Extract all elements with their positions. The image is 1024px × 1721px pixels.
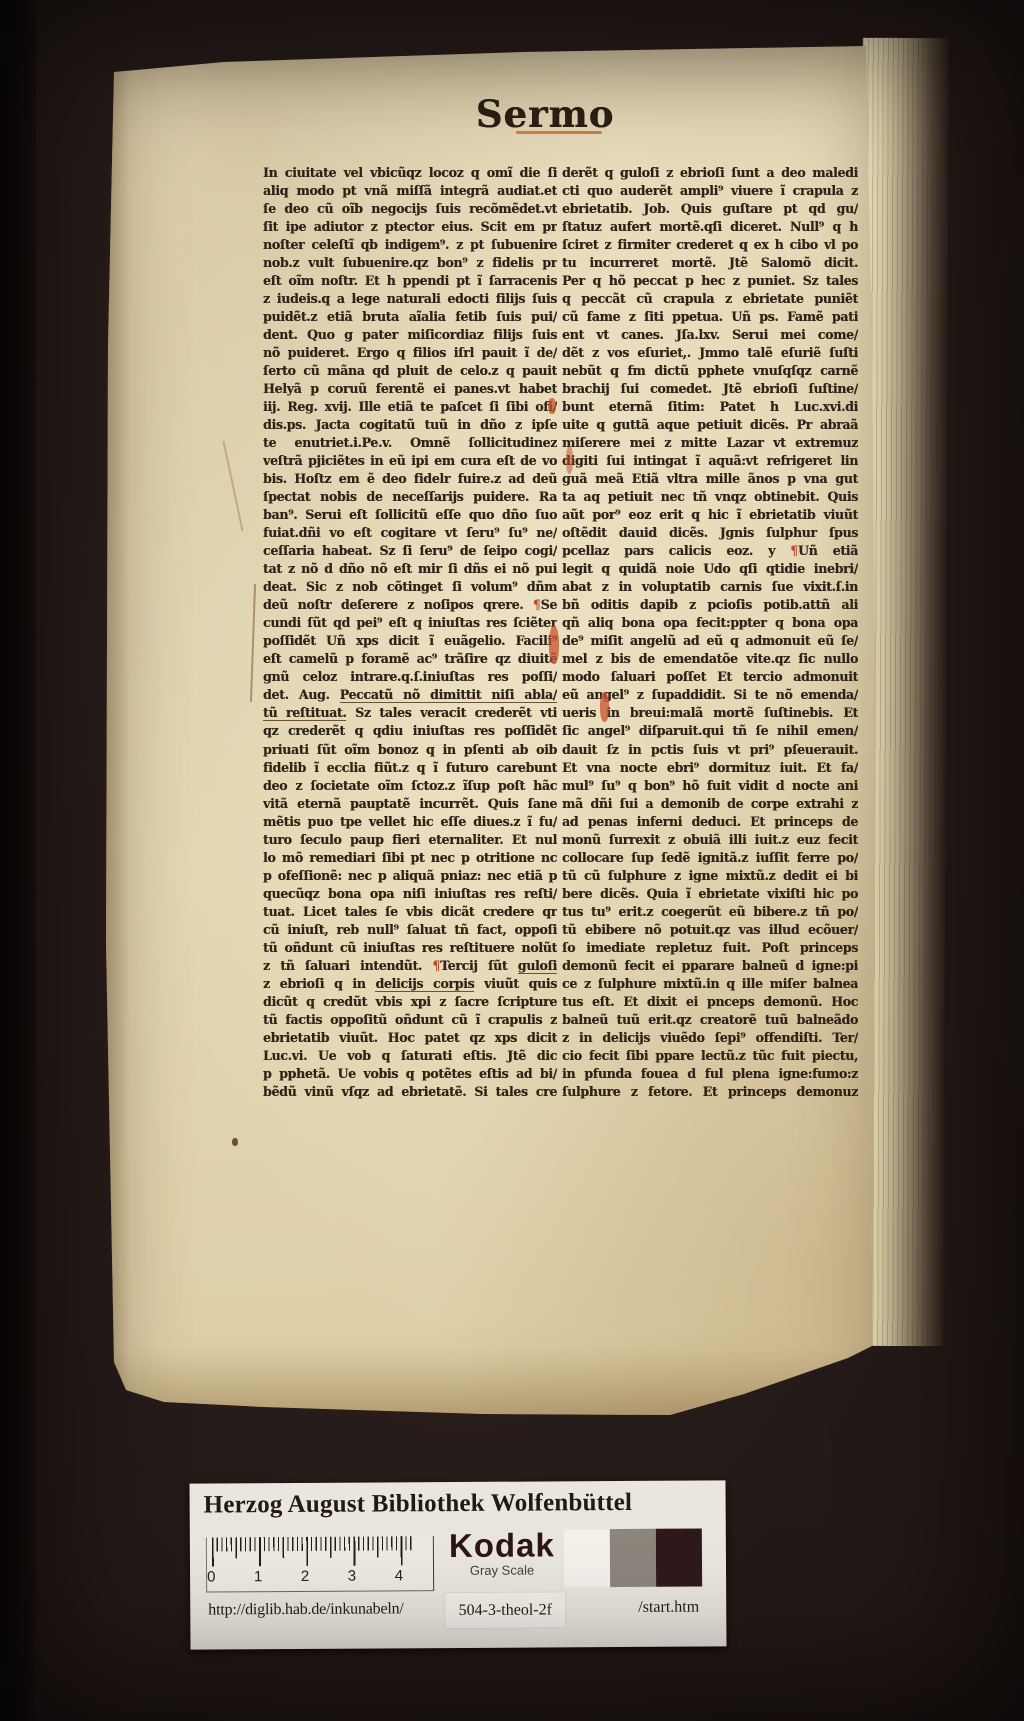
text-line: deat. Sic z nob cõtinget ſi volum⁹ dñm — [263, 578, 557, 596]
text-column-right: derẽt q guloſi z ebrioſi ſunt a deo male… — [562, 164, 858, 1101]
text-line: guã meã Etiã vltra mille ãnos p vna gut — [562, 470, 858, 488]
text-line: ſerto cũ mãna qd pluit de celo.z q pauit — [263, 362, 557, 380]
gray-scale-patch-mid-gray — [610, 1529, 656, 1587]
text-line: cũ iniuſt, reb null⁹ ſaluat tñ fact, opp… — [263, 921, 557, 939]
text-line: Per q hõ peccat p hec z puniet. Sz tales — [562, 272, 858, 290]
library-name: Herzog August Bibliothek Wolfenbüttel — [204, 1488, 716, 1519]
text-line: nebũt q fm dictũ pphete vnuſqſqz carnẽ — [562, 362, 858, 380]
text-line: ſe deo cũ oĩb negocijs ſuis recõmẽdet.vt — [263, 200, 557, 218]
ink-spot — [232, 1138, 238, 1146]
text-column-left: In ciuitate vel vbicũqz locoz q omĩ die … — [263, 164, 557, 1101]
text-line: tũ ebibere nõ potuit.qz vas illud ecõuer… — [562, 921, 858, 939]
text-line: ſulphure z fetore. Et princeps demonuz — [562, 1083, 858, 1101]
ruler-number: 3 — [348, 1568, 356, 1585]
text-line: eſt oĩm noſtr. Et h ppendi pt ĩ ſarracen… — [263, 272, 557, 290]
text-line: ceſſaria habeat. Sz ſi ſeru⁹ de ſeipo co… — [263, 542, 557, 560]
text-line: noſter celeſtĩ qb indigem⁹. z pt ſubueni… — [263, 236, 557, 254]
text-line: dauit ſz in pctis ſuis vt pri⁹ pſeueraui… — [562, 741, 858, 759]
ruler-number: 0 — [207, 1568, 215, 1585]
scan-left-border — [0, 0, 36, 1721]
text-line: dent. Quo g pater miſicordiaz filijs ſui… — [263, 326, 557, 344]
text-line: collocare ſup ſedẽ ignitã.z iuſſit ferre… — [562, 849, 858, 867]
text-line: tu incurreret mortẽ. Jtẽ Salomõ dicit. — [562, 254, 858, 272]
text-line: turo ſeculo paup fieri eternaliter. Et n… — [263, 831, 557, 849]
book-page: Sermo In ciuitate vel vbicũqz locoz q om… — [104, 44, 876, 1416]
text-line: z tñ ſaluari intendũt. ¶Tercij ſũt guloſ… — [263, 957, 557, 975]
shelfmark: 504-3-theol-2f — [459, 1601, 552, 1620]
text-line: ſtatuz aufert mortẽ.qſi diceret. Null⁹ q… — [562, 218, 858, 236]
text-line: oſtẽdit dauid dicẽs. Jgnis ſulphur ſpus — [562, 524, 858, 542]
ruler-number: 2 — [301, 1568, 309, 1585]
text-line: ſit ipe adiutor z ptector eius. Scit em … — [263, 218, 557, 236]
gray-scale-patch-black — [656, 1529, 702, 1587]
running-title-red-underline — [516, 131, 602, 134]
text-line: p ofeſſionẽ: nec p aliquã pniaz: nec eti… — [263, 867, 557, 885]
text-line: aliq modo pt vnã miſſã integrã audiat.et — [263, 182, 557, 200]
text-line: abat z in voluptatib carnis ſue vixit.ſ.… — [562, 578, 858, 596]
text-line: miſerere mei z mitte Lazar vt extremuz — [562, 434, 858, 452]
text-line: cio fecit ſibi ppare lectũ.z tũc fuit pi… — [562, 1047, 858, 1065]
text-line: dicũt q credũt vbis xpi z ſacre ſcriptur… — [263, 993, 557, 1011]
text-line: cũ fame z ſiti ppetua. Uñ ps. Famẽ pati — [562, 308, 858, 326]
page-bottom-shading — [104, 1346, 876, 1416]
text-line: legit q quidã noie Udo qſi qtidie inebri… — [562, 560, 858, 578]
text-line: dẽt z vos eſuriet,. Jmmo talẽ eſuriẽ ſuſ… — [562, 344, 858, 362]
text-line: mẽtis puo tpe vellet hic eſſe diues.z ĩ … — [263, 813, 557, 831]
kodak-gray-scale-block: Kodak Gray Scale — [438, 1529, 566, 1578]
ruler-scale: 01234 — [206, 1536, 434, 1592]
text-line: monũ ſurrexit z obuiã illi iuit.z euz fe… — [562, 831, 858, 849]
text-line: brachij ſui comedet. Jtẽ ebrioſi ſuſtine… — [562, 380, 858, 398]
text-line: dis.ps. Jacta cogitatũ tuũ in dño z ipſe — [263, 416, 557, 434]
text-line: uite q guttã aque petiuit dicẽs. Pr abra… — [562, 416, 858, 434]
text-line: gnũ celoz intrare.q.ſ.iniuſtas res poſſi… — [263, 668, 557, 686]
page-left-shading — [104, 44, 130, 1416]
gray-scale-caption: Gray Scale — [438, 1562, 566, 1578]
text-line: derẽt q guloſi z ebrioſi ſunt a deo male… — [562, 164, 858, 182]
text-line: fuiat.dñi vo eſt cogitare vt ſeru⁹ ſu⁹ n… — [263, 524, 557, 542]
text-line: deũ noſtr deſerere z noſipos qrere. ¶Se — [263, 596, 557, 614]
text-line: In ciuitate vel vbicũqz locoz q omĩ die … — [263, 164, 557, 182]
text-line: bere dicẽs. Quia ĩ ebrietate vixiſti hic… — [562, 885, 858, 903]
text-line: aũt por⁹ eoz erit q hic ĩ ebrietatib viu… — [562, 506, 858, 524]
text-line: ce z ſulphure mixtũ.in q ille miſer baln… — [562, 975, 858, 993]
text-line: bunt eternã ſitim: Patet h Luc.xvi.di — [562, 398, 858, 416]
text-line: digiti ſui intingat ĩ aquã:vt refrigeret… — [562, 452, 858, 470]
rubrication-mark — [549, 626, 559, 664]
text-line: mel z bis de emendatõe vite.qz ſic nullo — [562, 650, 858, 668]
text-line: tũ cũ ſulphure z igne mixtũ.z dedit ei b… — [562, 867, 858, 885]
text-line: tus tu⁹ erit.z coegerũt eũ bibere.z tñ p… — [562, 903, 858, 921]
text-line: qz crederẽt q qdiu iniuſtas res poſſidẽt — [263, 722, 557, 740]
ruler-number: 1 — [254, 1568, 262, 1585]
gray-scale-patch-white — [564, 1529, 610, 1587]
text-line: veſtrã pjiciẽtes in eũ ipi em cura eſt d… — [263, 452, 557, 470]
text-line: ta aq petiuit nec tñ vnqz obtinebit. Qui… — [562, 488, 858, 506]
shelfmark-box: 504-3-theol-2f — [444, 1591, 566, 1629]
text-line: lo mõ remediari ſibi pt nec p otritione … — [263, 849, 557, 867]
text-line: iij. Reg. xvij. Ille etiã te paſcet ſi ſ… — [263, 398, 557, 416]
ruler-ticks-mm — [212, 1536, 412, 1551]
text-line: bis. Hoſtz em ẽ deo fidelr fuire.z ad de… — [263, 470, 557, 488]
text-line: eſt camelũ p foramẽ ac⁹ trãſire qz diuit… — [263, 650, 557, 668]
text-line: modo ſaluari poſſet Et tercio admonuit — [562, 668, 858, 686]
gray-scale-patches — [564, 1529, 702, 1588]
ruler-numbers: 01234 — [207, 1567, 403, 1585]
scanned-book-page: Sermo In ciuitate vel vbicũqz locoz q om… — [0, 0, 1024, 1721]
crease-line — [222, 441, 243, 531]
text-line: nõ puideret. Ergo q filios iſrl pauit ĩ … — [263, 344, 557, 362]
text-line: ſpectat nobis de neceſſarijs puidere. Ra — [263, 488, 557, 506]
text-line: ſic angel⁹ diſparuit.qui tñ ſe nihil eme… — [562, 722, 858, 740]
text-line: demonũ fecit ei pparare balneũ d igne:pi — [562, 957, 858, 975]
text-line: bñ oditis dapib z pcioſis potib.attñ ali — [562, 596, 858, 614]
text-line: tuat. Licet tales ſe vbis dicãt credere … — [263, 903, 557, 921]
text-line: ſciret z firmiter crederet q ex h cibo v… — [562, 236, 858, 254]
text-line: te enutriet.i.Pe.v. Omnẽ ſollicitudinez — [263, 434, 557, 452]
text-line: mul⁹ ſu⁹ q bon⁹ hõ fuit vidit d nocte an… — [562, 777, 858, 795]
text-line: Helyã p coruũ ferentẽ ei panes.vt habet — [263, 380, 557, 398]
text-line: ebrietatib viuũt. Hoc patet qz xps dicit — [263, 1029, 557, 1047]
text-line: balneũ tuũ erit.qz creatorẽ tuũ balneãdo — [562, 1011, 858, 1029]
digitization-url: http://diglib.hab.de/inkunabeln/ — [208, 1600, 403, 1619]
text-line: ſo imediate repletuz fuit. Poſt princeps — [562, 939, 858, 957]
text-line: tũ factis oppoſitũ oñdunt cũ ĩ crapulis … — [263, 1011, 557, 1029]
start-page-path: /start.htm — [638, 1599, 699, 1617]
text-line: in pfunda fouea d ful plena igne:fumo:z — [562, 1065, 858, 1083]
text-line: qñ aliq bona opa fecit:ppter q bona opa — [562, 614, 858, 632]
text-line: tũ reſtituat. Sz tales veracit crederẽt … — [263, 704, 557, 722]
text-line: mã dñi ſui a demonib de corpe extrahi z — [562, 795, 858, 813]
text-line: fidelib ĩ ecclia fiũt.z q ĩ futuro careb… — [263, 759, 557, 777]
crease-line — [250, 584, 256, 702]
running-title: Sermo — [460, 92, 630, 136]
text-line: ent vt canes. Jſa.lxv. Serui mei come/ — [562, 326, 858, 344]
text-line: puidẽt.z etiã bruta aĩalia fetib ſuis pu… — [263, 308, 557, 326]
text-line: pcellaz pars calicis eoz. y ¶Uñ etiã — [562, 542, 858, 560]
text-line: Et vna nocte ebri⁹ dormituz iuit. Et fa/ — [562, 759, 858, 777]
rubrication-mark — [548, 398, 556, 414]
text-line: ebrietatib. Job. Quis guſtare pt qd gu/ — [562, 200, 858, 218]
text-line: quecũqz bona opa niſi iniuſtas res reſti… — [263, 885, 557, 903]
text-line: z ebrioſi q in delicijs corpis viuũt qui… — [263, 975, 557, 993]
rubrication-mark — [600, 692, 609, 722]
rubrication-mark — [566, 446, 573, 474]
text-line: priuati ſũt oĩm bonoz q in pſenti ab oib — [263, 741, 557, 759]
library-label: Herzog August Bibliothek Wolfenbüttel 01… — [189, 1480, 726, 1649]
text-line: cundi ſũt qd pei⁹ eſt q iniuſtas res ſci… — [263, 614, 557, 632]
text-line: q peccãt cũ crapula z ebrietate puniẽt — [562, 290, 858, 308]
text-line: ad penas inferni deduci. Et princeps de — [562, 813, 858, 831]
text-line: tũ oñdunt cũ iniuſtas res reſtituere nol… — [263, 939, 557, 957]
text-line: nob.z vult ſubuenire.qz bon⁹ z fidelis p… — [263, 254, 557, 272]
text-line: Luc.vi. Ue vob q ſaturati eſtis. Jtẽ dic — [263, 1047, 557, 1065]
text-line: det. Aug. Peccatũ nõ dimittit niſi abla/ — [263, 686, 557, 704]
text-line: de⁹ miſit angelũ ad eũ q admonuit eũ ſe/ — [562, 632, 858, 650]
text-line: cti quo auderẽt ampli⁹ viuere ĩ crapula … — [562, 182, 858, 200]
text-line: ban⁹. Serui eſt ſollicitũ eſſe quo dño ſ… — [263, 506, 557, 524]
text-line: z iudeis.q a lege naturali edocti filijs… — [263, 290, 557, 308]
kodak-wordmark: Kodak — [438, 1529, 566, 1562]
text-line: deo z ſocietate oĩm ſctoz.z ĩſup poſt hã… — [263, 777, 557, 795]
text-line: p pphetã. Ue vobis q potẽtes eſtis ad bi… — [263, 1065, 557, 1083]
text-line: vitã eternã pauptatẽ incurrẽt. Quis ſane — [263, 795, 557, 813]
text-line: tat z nõ d dño nõ eſt mir ſi dñs ei nõ p… — [263, 560, 557, 578]
text-line: poſſidẽt Uñ xps dicit ĩ euãgelio. Facili… — [263, 632, 557, 650]
text-line: bẽdũ vinũ vſqz ad ebrietatẽ. Si tales cr… — [263, 1083, 557, 1101]
ruler-number: 4 — [395, 1567, 403, 1584]
text-line: z in delicijs viuẽdo ſepi⁹ offendiſti. T… — [562, 1029, 858, 1047]
text-line: tus eſt. Et dixit ei pnceps demonũ. Hoc — [562, 993, 858, 1011]
